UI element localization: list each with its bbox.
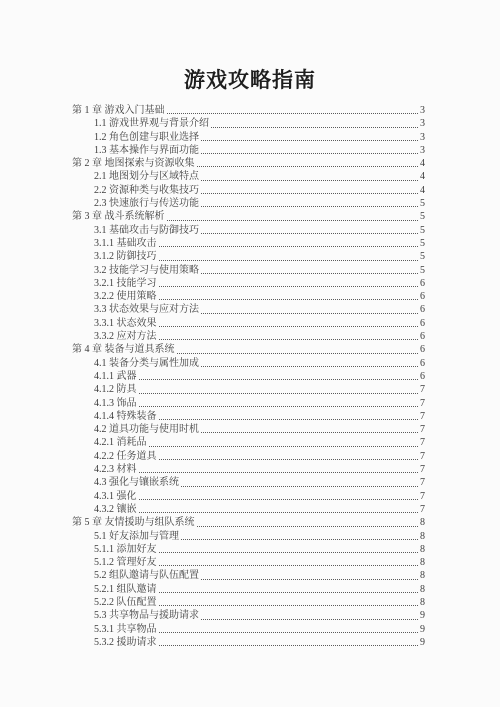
toc-leader-dots (157, 290, 421, 303)
toc-leader-dots (199, 224, 420, 237)
toc-entry[interactable]: 2.2 资源种类与收集技巧 4 (72, 184, 425, 197)
toc-leader-dots (157, 596, 421, 609)
toc-entry-label: 4.2 道具功能与使用时机 (94, 423, 199, 436)
toc-entry[interactable]: 1.2 角色创建与职业选择 3 (72, 131, 425, 144)
toc-entry[interactable]: 5.3.2 援助请求 9 (72, 636, 425, 649)
toc-entry-page-number: 6 (420, 343, 425, 356)
toc-entry[interactable]: 2.1 地图划分与区域特点 4 (72, 170, 425, 183)
toc-leader-dots (147, 436, 421, 449)
toc-entry-page-number: 5 (420, 264, 425, 277)
toc-entry-page-number: 7 (420, 436, 425, 449)
document-page: 游戏攻略指南 第 1 章 游戏入门基础 3 1.1 游戏世界观与背景介绍 3 1… (0, 0, 500, 93)
toc-entry-label: 5.3 共享物品与援助请求 (94, 609, 199, 622)
toc-entry-page-number: 8 (420, 530, 425, 543)
toc-leader-dots (165, 210, 421, 223)
toc-leader-dots (157, 250, 421, 263)
toc-entry-label: 3.3.1 状态效果 (94, 317, 157, 330)
toc-entry-page-number: 5 (420, 210, 425, 223)
toc-entry[interactable]: 3.2.1 技能学习 6 (72, 277, 425, 290)
toc-entry[interactable]: 3.3 状态效果与应对方法 6 (72, 303, 425, 316)
toc-entry[interactable]: 5.1 好友添加与管理 8 (72, 530, 425, 543)
toc-entry[interactable]: 4.3.1 强化 7 (72, 490, 425, 503)
toc-entry-label: 2.1 地图划分与区域特点 (94, 170, 199, 183)
toc-entry[interactable]: 5.1.1 添加好友 8 (72, 543, 425, 556)
toc-entry-page-number: 8 (420, 556, 425, 569)
toc-entry-label: 4.1.3 饰品 (94, 397, 137, 410)
toc-entry-page-number: 7 (420, 450, 425, 463)
toc-entry-label: 3.3 状态效果与应对方法 (94, 303, 199, 316)
toc-entry[interactable]: 4.3 强化与镶嵌系统 7 (72, 476, 425, 489)
toc-entry-label: 5.3.1 共享物品 (94, 623, 157, 636)
toc-entry-label: 3.1.1 基础攻击 (94, 237, 157, 250)
toc-leader-dots (195, 157, 421, 170)
toc-leader-dots (199, 303, 420, 316)
table-of-contents: 第 1 章 游戏入门基础 3 1.1 游戏世界观与背景介绍 3 1.2 角色创建… (72, 104, 425, 649)
toc-entry-label: 4.2.2 任务道具 (94, 450, 157, 463)
toc-entry-label: 1.2 角色创建与职业选择 (94, 131, 199, 144)
toc-entry-page-number: 6 (420, 370, 425, 383)
toc-entry-label: 4.3.1 强化 (94, 490, 137, 503)
document-title: 游戏攻略指南 (0, 0, 500, 93)
toc-entry-label: 3.1 基础攻击与防御技巧 (94, 224, 199, 237)
toc-entry-page-number: 6 (420, 357, 425, 370)
toc-leader-dots (199, 569, 420, 582)
toc-entry-page-number: 3 (420, 144, 425, 157)
toc-entry[interactable]: 5.2 组队邀请与队伍配置 8 (72, 569, 425, 582)
toc-entry-page-number: 7 (420, 410, 425, 423)
toc-entry-page-number: 7 (420, 463, 425, 476)
toc-entry-label: 5.1.1 添加好友 (94, 543, 157, 556)
toc-entry-page-number: 5 (420, 237, 425, 250)
toc-entry-page-number: 5 (420, 224, 425, 237)
toc-entry-label: 4.1.2 防具 (94, 383, 137, 396)
toc-entry-page-number: 8 (420, 569, 425, 582)
toc-entry[interactable]: 第 4 章 装备与道具系统 6 (72, 343, 425, 356)
toc-entry[interactable]: 1.3 基本操作与界面功能 3 (72, 144, 425, 157)
toc-leader-dots (157, 623, 421, 636)
toc-entry-label: 5.2 组队邀请与队伍配置 (94, 569, 199, 582)
toc-entry-page-number: 5 (420, 197, 425, 210)
toc-leader-dots (209, 117, 420, 130)
toc-entry-label: 4.3.2 镶嵌 (94, 503, 137, 516)
toc-leader-dots (199, 197, 420, 210)
toc-entry[interactable]: 4.2 道具功能与使用时机 7 (72, 423, 425, 436)
toc-entry-label: 1.3 基本操作与界面功能 (94, 144, 199, 157)
toc-leader-dots (137, 383, 421, 396)
toc-entry-label: 3.2 技能学习与使用策略 (94, 264, 199, 277)
toc-entry[interactable]: 第 1 章 游戏入门基础 3 (72, 104, 425, 117)
toc-leader-dots (157, 277, 421, 290)
toc-entry-label: 3.2.2 使用策略 (94, 290, 157, 303)
toc-entry[interactable]: 3.3.1 状态效果 6 (72, 317, 425, 330)
toc-entry[interactable]: 5.3.1 共享物品 9 (72, 623, 425, 636)
toc-entry-page-number: 6 (420, 317, 425, 330)
toc-entry[interactable]: 5.2.1 组队邀请 8 (72, 583, 425, 596)
toc-entry-page-number: 5 (420, 250, 425, 263)
toc-entry-page-number: 4 (420, 184, 425, 197)
toc-entry[interactable]: 4.3.2 镶嵌 7 (72, 503, 425, 516)
toc-entry[interactable]: 3.3.2 应对方法 6 (72, 330, 425, 343)
toc-leader-dots (199, 170, 420, 183)
toc-entry-label: 3.1.2 防御技巧 (94, 250, 157, 263)
toc-entry-page-number: 7 (420, 503, 425, 516)
toc-leader-dots (199, 609, 420, 622)
toc-entry[interactable]: 第 3 章 战斗系统解析 5 (72, 210, 425, 223)
toc-leader-dots (157, 636, 421, 649)
toc-entry-page-number: 7 (420, 490, 425, 503)
toc-entry[interactable]: 3.1.1 基础攻击 5 (72, 237, 425, 250)
toc-entry[interactable]: 3.2.2 使用策略 6 (72, 290, 425, 303)
toc-entry-page-number: 7 (420, 423, 425, 436)
toc-entry-label: 4.1.4 特殊装备 (94, 410, 157, 423)
toc-entry-label: 第 3 章 战斗系统解析 (72, 210, 165, 223)
toc-entry-page-number: 3 (420, 104, 425, 117)
toc-leader-dots (199, 423, 420, 436)
toc-leader-dots (179, 530, 420, 543)
toc-entry-label: 4.1.1 武器 (94, 370, 137, 383)
toc-entry-page-number: 4 (420, 157, 425, 170)
toc-entry[interactable]: 4.2.1 消耗品 7 (72, 436, 425, 449)
toc-entry-label: 2.3 快速旅行与传送功能 (94, 197, 199, 210)
toc-entry-page-number: 6 (420, 330, 425, 343)
toc-entry[interactable]: 4.1.3 饰品 7 (72, 397, 425, 410)
toc-leader-dots (157, 317, 421, 330)
toc-entry-label: 4.2.1 消耗品 (94, 436, 147, 449)
toc-entry-page-number: 3 (420, 117, 425, 130)
toc-entry-page-number: 3 (420, 131, 425, 144)
toc-leader-dots (157, 543, 421, 556)
toc-entry[interactable]: 4.1 装备分类与属性加成 6 (72, 357, 425, 370)
toc-entry[interactable]: 4.1.1 武器 6 (72, 370, 425, 383)
toc-entry-label: 4.2.3 材料 (94, 463, 137, 476)
toc-leader-dots (195, 516, 421, 529)
toc-entry-label: 4.1 装备分类与属性加成 (94, 357, 199, 370)
toc-entry[interactable]: 4.2.3 材料 7 (72, 463, 425, 476)
toc-entry-label: 3.2.1 技能学习 (94, 277, 157, 290)
toc-leader-dots (137, 463, 421, 476)
toc-leader-dots (137, 490, 421, 503)
toc-entry-page-number: 9 (420, 636, 425, 649)
toc-entry-label: 第 2 章 地图探索与资源收集 (72, 157, 195, 170)
toc-entry-page-number: 8 (420, 543, 425, 556)
toc-entry-label: 1.1 游戏世界观与背景介绍 (94, 117, 209, 130)
toc-entry[interactable]: 5.2.2 队伍配置 8 (72, 596, 425, 609)
toc-entry[interactable]: 4.1.2 防具 7 (72, 383, 425, 396)
toc-entry[interactable]: 第 5 章 友情援助与组队系统 8 (72, 516, 425, 529)
toc-leader-dots (199, 357, 420, 370)
toc-leader-dots (199, 144, 420, 157)
toc-leader-dots (157, 556, 421, 569)
toc-entry-label: 5.1.2 管理好友 (94, 556, 157, 569)
toc-leader-dots (157, 330, 421, 343)
toc-entry-label: 第 5 章 友情援助与组队系统 (72, 516, 195, 529)
toc-entry-page-number: 8 (420, 596, 425, 609)
toc-entry-page-number: 7 (420, 476, 425, 489)
toc-entry-label: 第 1 章 游戏入门基础 (72, 104, 165, 117)
toc-entry-page-number: 7 (420, 383, 425, 396)
toc-leader-dots (157, 410, 421, 423)
toc-leader-dots (137, 370, 421, 383)
toc-entry[interactable]: 2.3 快速旅行与传送功能 5 (72, 197, 425, 210)
toc-entry[interactable]: 第 2 章 地图探索与资源收集 4 (72, 157, 425, 170)
toc-entry[interactable]: 4.1.4 特殊装备 7 (72, 410, 425, 423)
toc-entry-page-number: 6 (420, 303, 425, 316)
toc-entry[interactable]: 5.1.2 管理好友 8 (72, 556, 425, 569)
toc-leader-dots (199, 131, 420, 144)
toc-leader-dots (157, 450, 421, 463)
toc-leader-dots (157, 237, 421, 250)
toc-entry[interactable]: 5.3 共享物品与援助请求 9 (72, 609, 425, 622)
toc-entry-label: 第 4 章 装备与道具系统 (72, 343, 175, 356)
toc-leader-dots (137, 503, 421, 516)
toc-leader-dots (137, 397, 421, 410)
toc-entry-label: 5.3.2 援助请求 (94, 636, 157, 649)
toc-entry-page-number: 6 (420, 290, 425, 303)
toc-entry-page-number: 7 (420, 397, 425, 410)
toc-entry-page-number: 8 (420, 516, 425, 529)
toc-entry-label: 5.1 好友添加与管理 (94, 530, 179, 543)
toc-entry-page-number: 9 (420, 609, 425, 622)
toc-entry-label: 5.2.1 组队邀请 (94, 583, 157, 596)
toc-entry-page-number: 8 (420, 583, 425, 596)
toc-entry-label: 4.3 强化与镶嵌系统 (94, 476, 179, 489)
toc-entry[interactable]: 4.2.2 任务道具 7 (72, 450, 425, 463)
toc-leader-dots (199, 264, 420, 277)
toc-entry-label: 2.2 资源种类与收集技巧 (94, 184, 199, 197)
toc-entry[interactable]: 3.1.2 防御技巧 5 (72, 250, 425, 263)
toc-entry-label: 3.3.2 应对方法 (94, 330, 157, 343)
toc-entry[interactable]: 1.1 游戏世界观与背景介绍 3 (72, 117, 425, 130)
toc-entry-page-number: 9 (420, 623, 425, 636)
toc-entry[interactable]: 3.2 技能学习与使用策略 5 (72, 264, 425, 277)
toc-entry[interactable]: 3.1 基础攻击与防御技巧 5 (72, 224, 425, 237)
toc-leader-dots (175, 343, 421, 356)
toc-leader-dots (179, 476, 420, 489)
toc-entry-page-number: 6 (420, 277, 425, 290)
toc-leader-dots (157, 583, 421, 596)
toc-leader-dots (199, 184, 420, 197)
toc-leader-dots (165, 104, 421, 117)
toc-entry-page-number: 4 (420, 170, 425, 183)
toc-entry-label: 5.2.2 队伍配置 (94, 596, 157, 609)
